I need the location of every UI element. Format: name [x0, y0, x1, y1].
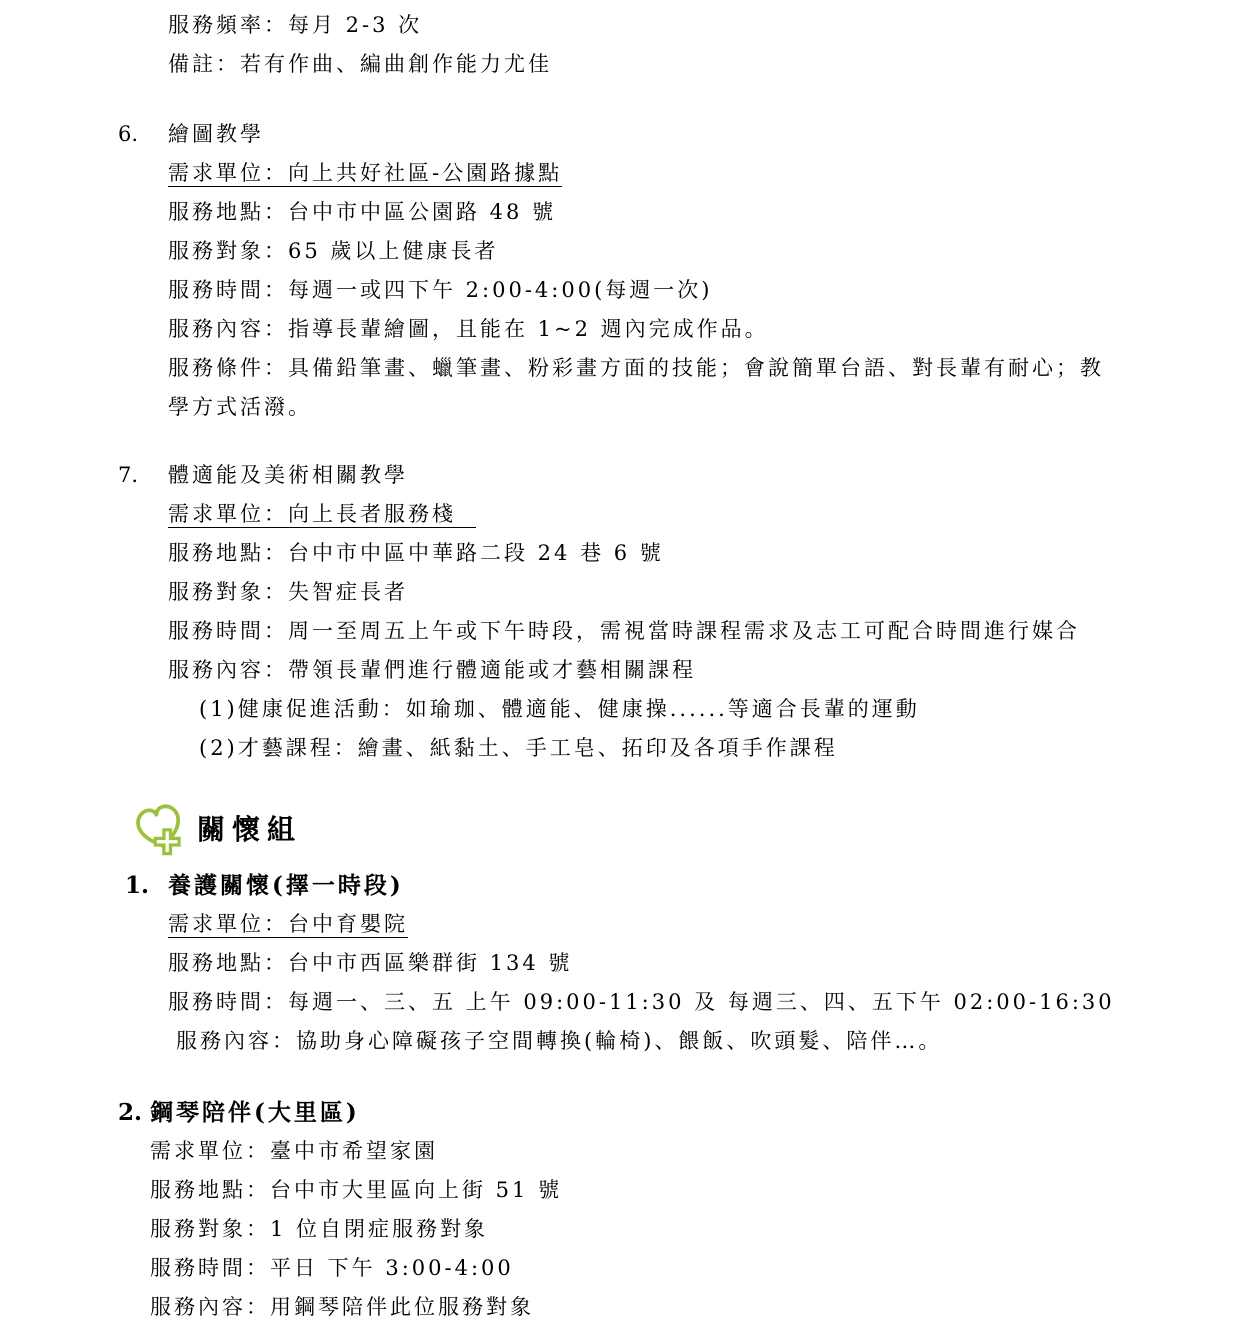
item7-sub-activity-1: (1)健康促進活動：如瑜珈、體適能、健康操......等適合長輩的運動 [0, 690, 1240, 729]
item6-condition-line-2: 學方式活潑。 [0, 388, 1240, 427]
item6-number: 6. [118, 115, 168, 154]
remark-line: 備註：若有作曲、編曲創作能力尤佳 [0, 45, 1240, 84]
item6-title: 繪圖教學 [168, 122, 264, 146]
item7-audience-line: 服務對象：失智症長者 [0, 573, 1240, 612]
item6-location-line: 服務地點：台中市中區公園路 48 號 [0, 193, 1240, 232]
item6-condition-line-1: 服務條件：具備鉛筆畫、蠟筆畫、粉彩畫方面的技能；會說簡單台語、對長輩有耐心；教 [0, 349, 1240, 388]
care-item1-heading: 1.養護關懷(擇一時段) [0, 866, 1240, 905]
heart-plus-icon [133, 801, 187, 859]
care-item1-content-line: 服務內容：協助身心障礙孩子空間轉換(輪椅)、餵飯、吹頭髮、陪伴…。 [0, 1022, 1240, 1061]
item6-heading: 6.繪圖教學 [0, 115, 1240, 154]
item7-number: 7. [118, 456, 168, 495]
item6-content-line: 服務內容：指導長輩繪圖，且能在 1~2 週內完成作品。 [0, 310, 1240, 349]
care-item2-location-line: 服務地點：台中市大里區向上街 51 號 [0, 1171, 1240, 1210]
care-item2-time-line: 服務時間：平日 下午 3:00-4:00 [0, 1249, 1240, 1288]
item7-location-line: 服務地點：台中市中區中華路二段 24 巷 6 號 [0, 534, 1240, 573]
care-item2-number: 2. [118, 1093, 150, 1132]
care-item2-audience-line: 服務對象：1 位自閉症服務對象 [0, 1210, 1240, 1249]
item6-need-unit-line: 需求單位：向上共好社區-公園路據點 [0, 154, 1240, 193]
service-frequency-line: 服務頻率：每月 2-3 次 [0, 6, 1240, 45]
care-item2-content-line: 服務內容：用鋼琴陪伴此位服務對象 [0, 1288, 1240, 1327]
care-item1-number: 1. [125, 866, 168, 905]
care-group-header: 關懷組 [0, 800, 1240, 860]
care-item1-time-line: 服務時間：每週一、三、五 上午 09:00-11:30 及 每週三、四、五下午 … [0, 983, 1240, 1022]
care-item1-need-unit-text: 需求單位：台中育嬰院 [168, 912, 408, 938]
care-item1-need-unit-line: 需求單位：台中育嬰院 [0, 905, 1240, 944]
item6-audience-line: 服務對象：65 歲以上健康長者 [0, 232, 1240, 271]
item7-heading: 7.體適能及美術相關教學 [0, 456, 1240, 495]
care-item2-need-unit-line: 需求單位：臺中市希望家園 [0, 1132, 1240, 1171]
intro-block: 服務頻率：每月 2-3 次 備註：若有作曲、編曲創作能力尤佳 [0, 0, 1240, 84]
item6-time-line: 服務時間：每週一或四下午 2:00-4:00(每週一次) [0, 271, 1240, 310]
item7-time-line: 服務時間：周一至周五上午或下午時段，需視當時課程需求及志工可配合時間進行媒合 [0, 612, 1240, 651]
item6-need-unit-text: 需求單位：向上共好社區-公園路據點 [168, 161, 562, 187]
item7-content-line: 服務內容：帶領長輩們進行體適能或才藝相關課程 [0, 651, 1240, 690]
document-page: 服務頻率：每月 2-3 次 備註：若有作曲、編曲創作能力尤佳 6.繪圖教學 需求… [0, 0, 1240, 1327]
item7-need-unit-line: 需求單位：向上長者服務棧 [0, 495, 1240, 534]
item7-sub-activity-2: (2)才藝課程：繪畫、紙黏土、手工皂、拓印及各項手作課程 [0, 729, 1240, 768]
care-item1-title: 養護關懷(擇一時段) [168, 872, 404, 899]
care-item2-heading: 2.鋼琴陪伴(大里區) [0, 1093, 1240, 1132]
care-group-title: 關懷組 [197, 800, 302, 860]
care-item1-location-line: 服務地點：台中市西區樂群街 134 號 [0, 944, 1240, 983]
care-item2-title: 鋼琴陪伴(大里區) [150, 1099, 360, 1126]
item7-need-unit-text: 需求單位：向上長者服務棧 [168, 502, 476, 528]
item7-title: 體適能及美術相關教學 [168, 463, 408, 487]
